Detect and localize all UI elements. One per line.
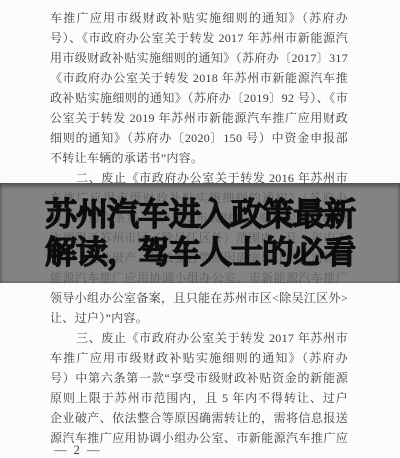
- document-text-line: 用市级财政补贴实施细则的通知》（苏府办〔2017〕317 号）、: [50, 48, 348, 68]
- caption-banner-overlay: 苏州汽车进入政策最新 解读，驾车人士的必看: [0, 183, 400, 283]
- document-text-line: 领导小组办公室备案，且只能在苏州市区<除吴江区外>范围内转: [50, 288, 348, 308]
- document-text-line: 细则的通知》（苏府办〔2020〕150 号）中资金申报部分“5 年内: [50, 128, 348, 148]
- banner-title-line-2: 解读，驾车人士的必看: [45, 233, 355, 271]
- document-text-line: 车推广应用市级财政补贴实施细则的通知》（苏府办〔2017〕122: [50, 8, 348, 28]
- banner-title-line-1: 苏州汽车进入政策最新: [45, 195, 355, 233]
- document-text-line: 不转让车辆的承诺书”内容。: [50, 148, 348, 168]
- document-text-line: 号）、《市政府办公室关于转发 2017 年苏州市新能源汽车推广应: [50, 28, 348, 48]
- document-text-line: 《市政府办公室关于转发 2018 年苏州市新能源汽车推广应用财: [50, 68, 348, 88]
- document-text-line: 政补贴实施细则的通知》（苏府办〔2019〕92 号）、《市政府办: [50, 88, 348, 108]
- document-text-line: 号）中第六条第一款“享受市级财政补贴资金的新能源汽车营运: [50, 368, 348, 388]
- scanned-document-page: 车推广应用市级财政补贴实施细则的通知》（苏府办〔2017〕122号）、《市政府办…: [0, 0, 400, 458]
- document-text-line: 公室关于转发 2019 年苏州市新能源汽车推广应用财政补贴实施: [50, 108, 348, 128]
- document-text-line: 企业破产、依法整合等原因确需转让的，需将信息报送至省新能: [50, 408, 348, 428]
- document-text-line: 车推广应用市级财政补贴实施细则的通知》（苏府办〔2017〕317: [50, 348, 348, 368]
- document-text-line: 让、过户）”内容。: [50, 308, 348, 328]
- document-text-line: 三、废止《市政府办公室关于转发 2017 年苏州市新能源汽: [50, 328, 348, 348]
- document-text-line: 原则上限于苏州市范围内，且 5 年内不得转让、过户（购买者因: [50, 388, 348, 408]
- page-number: — 2 —: [54, 443, 102, 458]
